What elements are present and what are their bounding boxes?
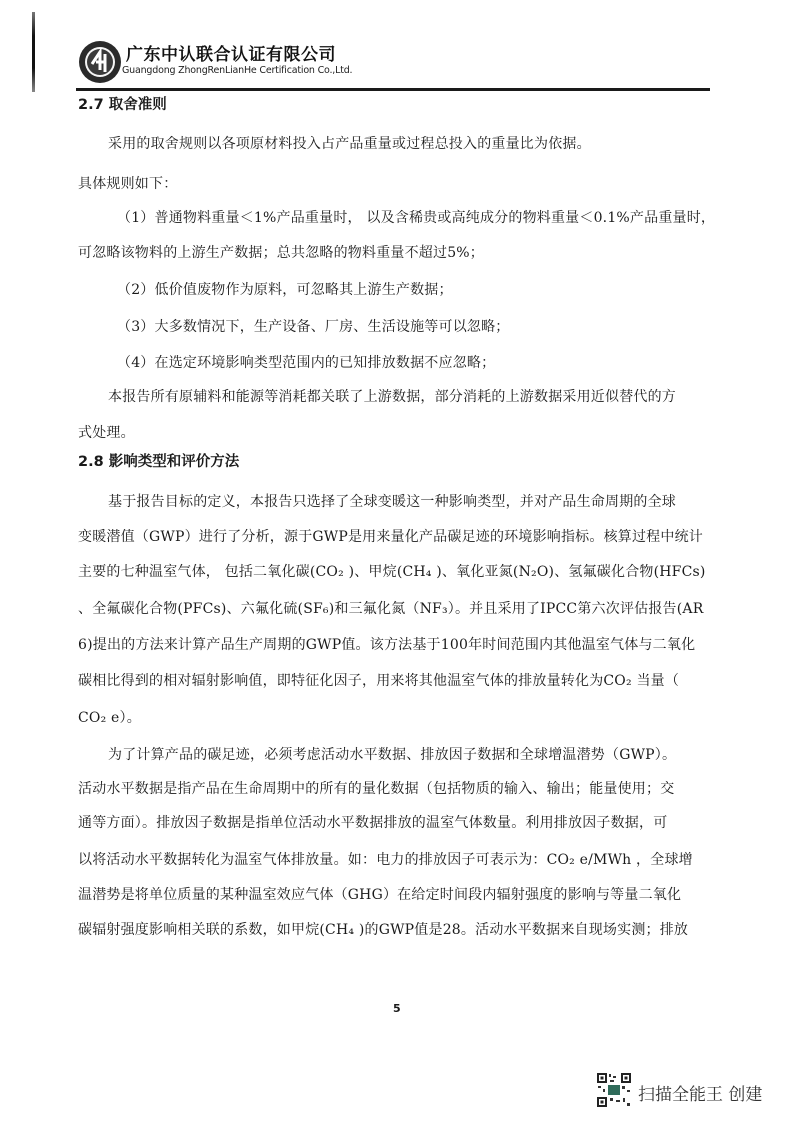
company-logo-icon — [78, 40, 122, 84]
paragraph-line: 碳辐射强度影响相关联的系数，如甲烷(CH₄ )的GWP值是28。活动水平数据来自… — [78, 919, 688, 939]
paragraph-line: 温潜势是将单位质量的某种温室效应气体（GHG）在给定时间段内辐射强度的影响与等量… — [78, 884, 681, 904]
scanner-watermark: 扫描全能王 创建 — [596, 1072, 786, 1108]
paragraph-line: 、全氟碳化合物(PFCs)、六氟化硫(SF₆)和三氟化氮（NF₃）。并且采用了I… — [78, 598, 703, 618]
paragraph-line: 活动水平数据是指产品在生命周期中的所有的量化数据（包括物质的输入、输出；能量使用… — [78, 778, 674, 798]
section-heading-2-8: 2.8 影响类型和评价方法 — [78, 450, 239, 471]
paragraph-line: 碳相比得到的相对辐射影响值，即特征化因子，用来将其他温室气体的排放量转化为CO₂… — [78, 670, 679, 690]
list-item: （3）大多数情况下，生产设备、厂房、生活设施等可以忽略； — [117, 316, 510, 336]
paragraph-line: 6)提出的方法来计算产品生产周期的GWP值。该方法基于100年时间范围内其他温室… — [78, 634, 695, 654]
company-name-english: Guangdong ZhongRenLianHe Certification C… — [122, 65, 352, 76]
letterhead: 广东中认联合认证有限公司 Guangdong ZhongRenLianHe Ce… — [76, 36, 716, 88]
qr-code-icon — [596, 1072, 632, 1108]
list-item: （1）普通物料重量＜1%产品重量时， 以及含稀贵或高纯成分的物料重量＜0.1%产… — [117, 207, 715, 227]
page-number: 5 — [393, 1002, 401, 1015]
list-item: （4）在选定环境影响类型范围内的已知排放数据不应忽略； — [117, 352, 495, 372]
paragraph-line: 通等方面）。排放因子数据是指单位活动水平数据排放的温室气体数量。利用排放因子数据… — [78, 812, 667, 832]
paragraph-line: 以将活动水平数据转化为温室气体排放量。如：电力的排放因子可表示为：CO₂ e/M… — [78, 849, 693, 869]
list-item-continuation: 可忽略该物料的上游生产数据；总共忽略的物料重量不超过5%； — [78, 242, 484, 262]
paragraph-line: 采用的取舍规则以各项原材料投入占产品重量或过程总投入的重量比为依据。 — [108, 133, 591, 153]
paragraph-line: 具体规则如下： — [78, 173, 177, 193]
paragraph-line: 式处理。 — [78, 422, 135, 442]
paragraph-line: 基于报告目标的定义，本报告只选择了全球变暖这一种影响类型，并对产品生命周期的全球 — [108, 491, 676, 511]
header-divider — [76, 88, 710, 91]
watermark-text: 扫描全能王 创建 — [638, 1080, 762, 1105]
binding-edge-line — [32, 12, 35, 92]
paragraph-line: 主要的七种温室气体， 包括二氧化碳(CO₂ )、甲烷(CH₄ )、氧化亚氮(N₂… — [78, 561, 706, 581]
paragraph-line: 本报告所有原辅料和能源等消耗都关联了上游数据，部分消耗的上游数据采用近似替代的方 — [108, 386, 676, 406]
paragraph-line: CO₂ e）。 — [78, 707, 141, 727]
paragraph-line: 为了计算产品的碳足迹，必须考虑活动水平数据、排放因子数据和全球增温潜势（GWP）… — [108, 744, 676, 764]
company-name-chinese: 广东中认联合认证有限公司 — [126, 40, 336, 65]
paragraph-line: 变暖潜值（GWP）进行了分析，源于GWP是用来量化产品碳足迹的环境影响指标。核算… — [78, 526, 703, 546]
list-item: （2）低价值废物作为原料，可忽略其上游生产数据； — [117, 279, 453, 299]
section-heading-2-7: 2.7 取舍准则 — [78, 93, 167, 114]
